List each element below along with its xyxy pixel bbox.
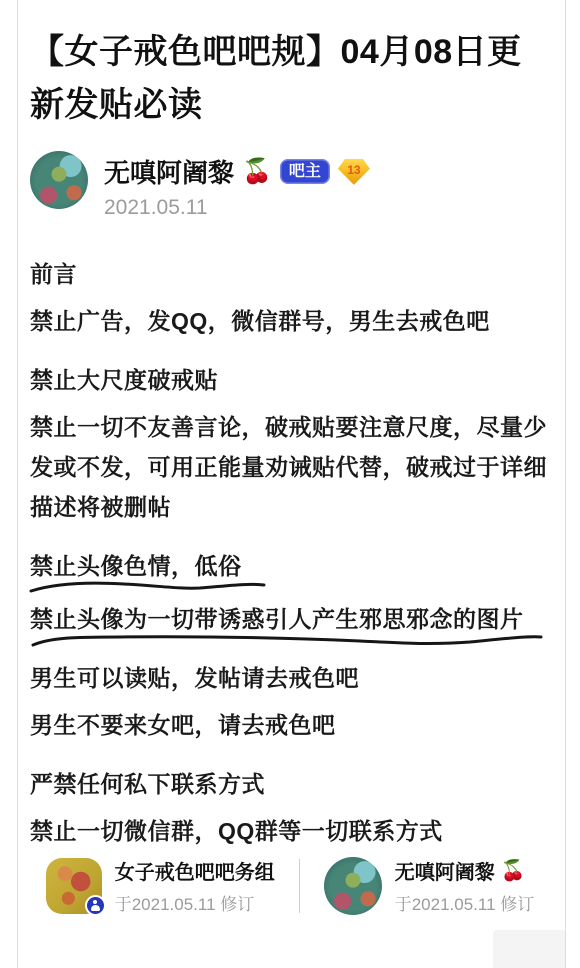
body-paragraph: 男生可以读贴，发帖请去戒色吧 [30,658,550,698]
paragraph-text: 禁止头像色情，低俗 [30,553,242,579]
post-title: 【女子戒色吧吧规】04月08日更新发贴必读 [30,26,550,131]
footer-divider [299,859,300,913]
signature-left-name[interactable]: 女子戒色吧吧务组 [115,856,275,885]
cherry-emoji: 🍒 [242,160,272,184]
paragraph-text: 禁止广告，发QQ，微信群号，男生去戒色吧 [30,308,490,334]
author-meta: 无嗔阿阇黎 🍒 吧主 13 2021.05.11 [104,151,370,220]
paragraph-text: 禁止大尺度破戒贴 [30,367,218,393]
moderator-badge: 吧主 [280,159,330,184]
post-container: 【女子戒色吧吧规】04月08日更新发贴必读 无嗔阿阇黎 🍒 吧主 13 2021… [0,0,580,851]
cherry-emoji: 🍒 [501,861,526,881]
body-paragraph: 禁止头像为一切带诱惑引人产生邪思邪念的图片 [30,599,550,639]
paragraph-text: 禁止一切不友善言论，破戒贴要注意尺度，尽量少发或不发，可用正能量劝诫贴代替，破戒… [30,414,547,520]
author-row: 无嗔阿阇黎 🍒 吧主 13 2021.05.11 [30,151,550,220]
body-paragraph: 禁止一切不友善言论，破戒贴要注意尺度，尽量少发或不发，可用正能量劝诫贴代替，破戒… [30,407,550,527]
body-paragraph: 前言 [30,254,550,294]
body-paragraph: 禁止头像色情，低俗 [30,546,550,586]
signature-right-revision: 于2021.05.11 修订 [395,890,535,915]
signature-left-revision: 于2021.05.11 修订 [115,890,275,915]
signature-right: 无嗔阿阇黎🍒 于2021.05.11 修订 [324,856,535,915]
author-name-row: 无嗔阿阇黎 🍒 吧主 13 [104,153,370,190]
body-paragraph: 禁止广告，发QQ，微信群号，男生去戒色吧 [30,301,550,341]
author-avatar[interactable] [30,151,88,209]
post-footer: 女子戒色吧吧务组 于2021.05.11 修订 无嗔阿阇黎🍒 于2021.05.… [0,856,580,915]
signature-right-meta: 无嗔阿阇黎🍒 于2021.05.11 修订 [395,856,535,915]
paragraph-text: 禁止头像为一切带诱惑引人产生邪思邪念的图片 [30,606,524,632]
body-paragraph: 禁止大尺度破戒贴 [30,360,550,400]
body-paragraph: 男生不要来女吧，请去戒色吧 [30,705,550,745]
body-paragraph: 禁止一切微信群，QQ群等一切联系方式 [30,811,550,851]
group-avatar[interactable] [46,858,102,914]
author-name[interactable]: 无嗔阿阇黎 [104,153,234,190]
post-date: 2021.05.11 [104,196,370,220]
person-icon [90,900,101,911]
level-gem-badge: 13 [338,159,370,185]
hand-drawn-underline [28,632,546,648]
watermark-remnant [493,930,565,968]
body-paragraph: 严禁任何私下联系方式 [30,764,550,804]
paragraph-text: 禁止一切微信群，QQ群等一切联系方式 [30,818,443,844]
official-badge-icon [85,895,106,916]
paragraph-text: 男生可以读贴，发帖请去戒色吧 [30,665,359,691]
signature-right-name[interactable]: 无嗔阿阇黎🍒 [395,856,535,885]
signature-left: 女子戒色吧吧务组 于2021.05.11 修订 [46,856,275,915]
hand-drawn-underline [28,579,268,595]
post-body: 前言禁止广告，发QQ，微信群号，男生去戒色吧禁止大尺度破戒贴禁止一切不友善言论，… [30,254,550,851]
author-avatar-footer[interactable] [324,857,382,915]
signature-left-meta: 女子戒色吧吧务组 于2021.05.11 修订 [115,856,275,915]
paragraph-text: 严禁任何私下联系方式 [30,771,265,797]
paragraph-text: 男生不要来女吧，请去戒色吧 [30,712,336,738]
paragraph-text: 前言 [30,261,77,287]
level-number: 13 [347,163,360,177]
